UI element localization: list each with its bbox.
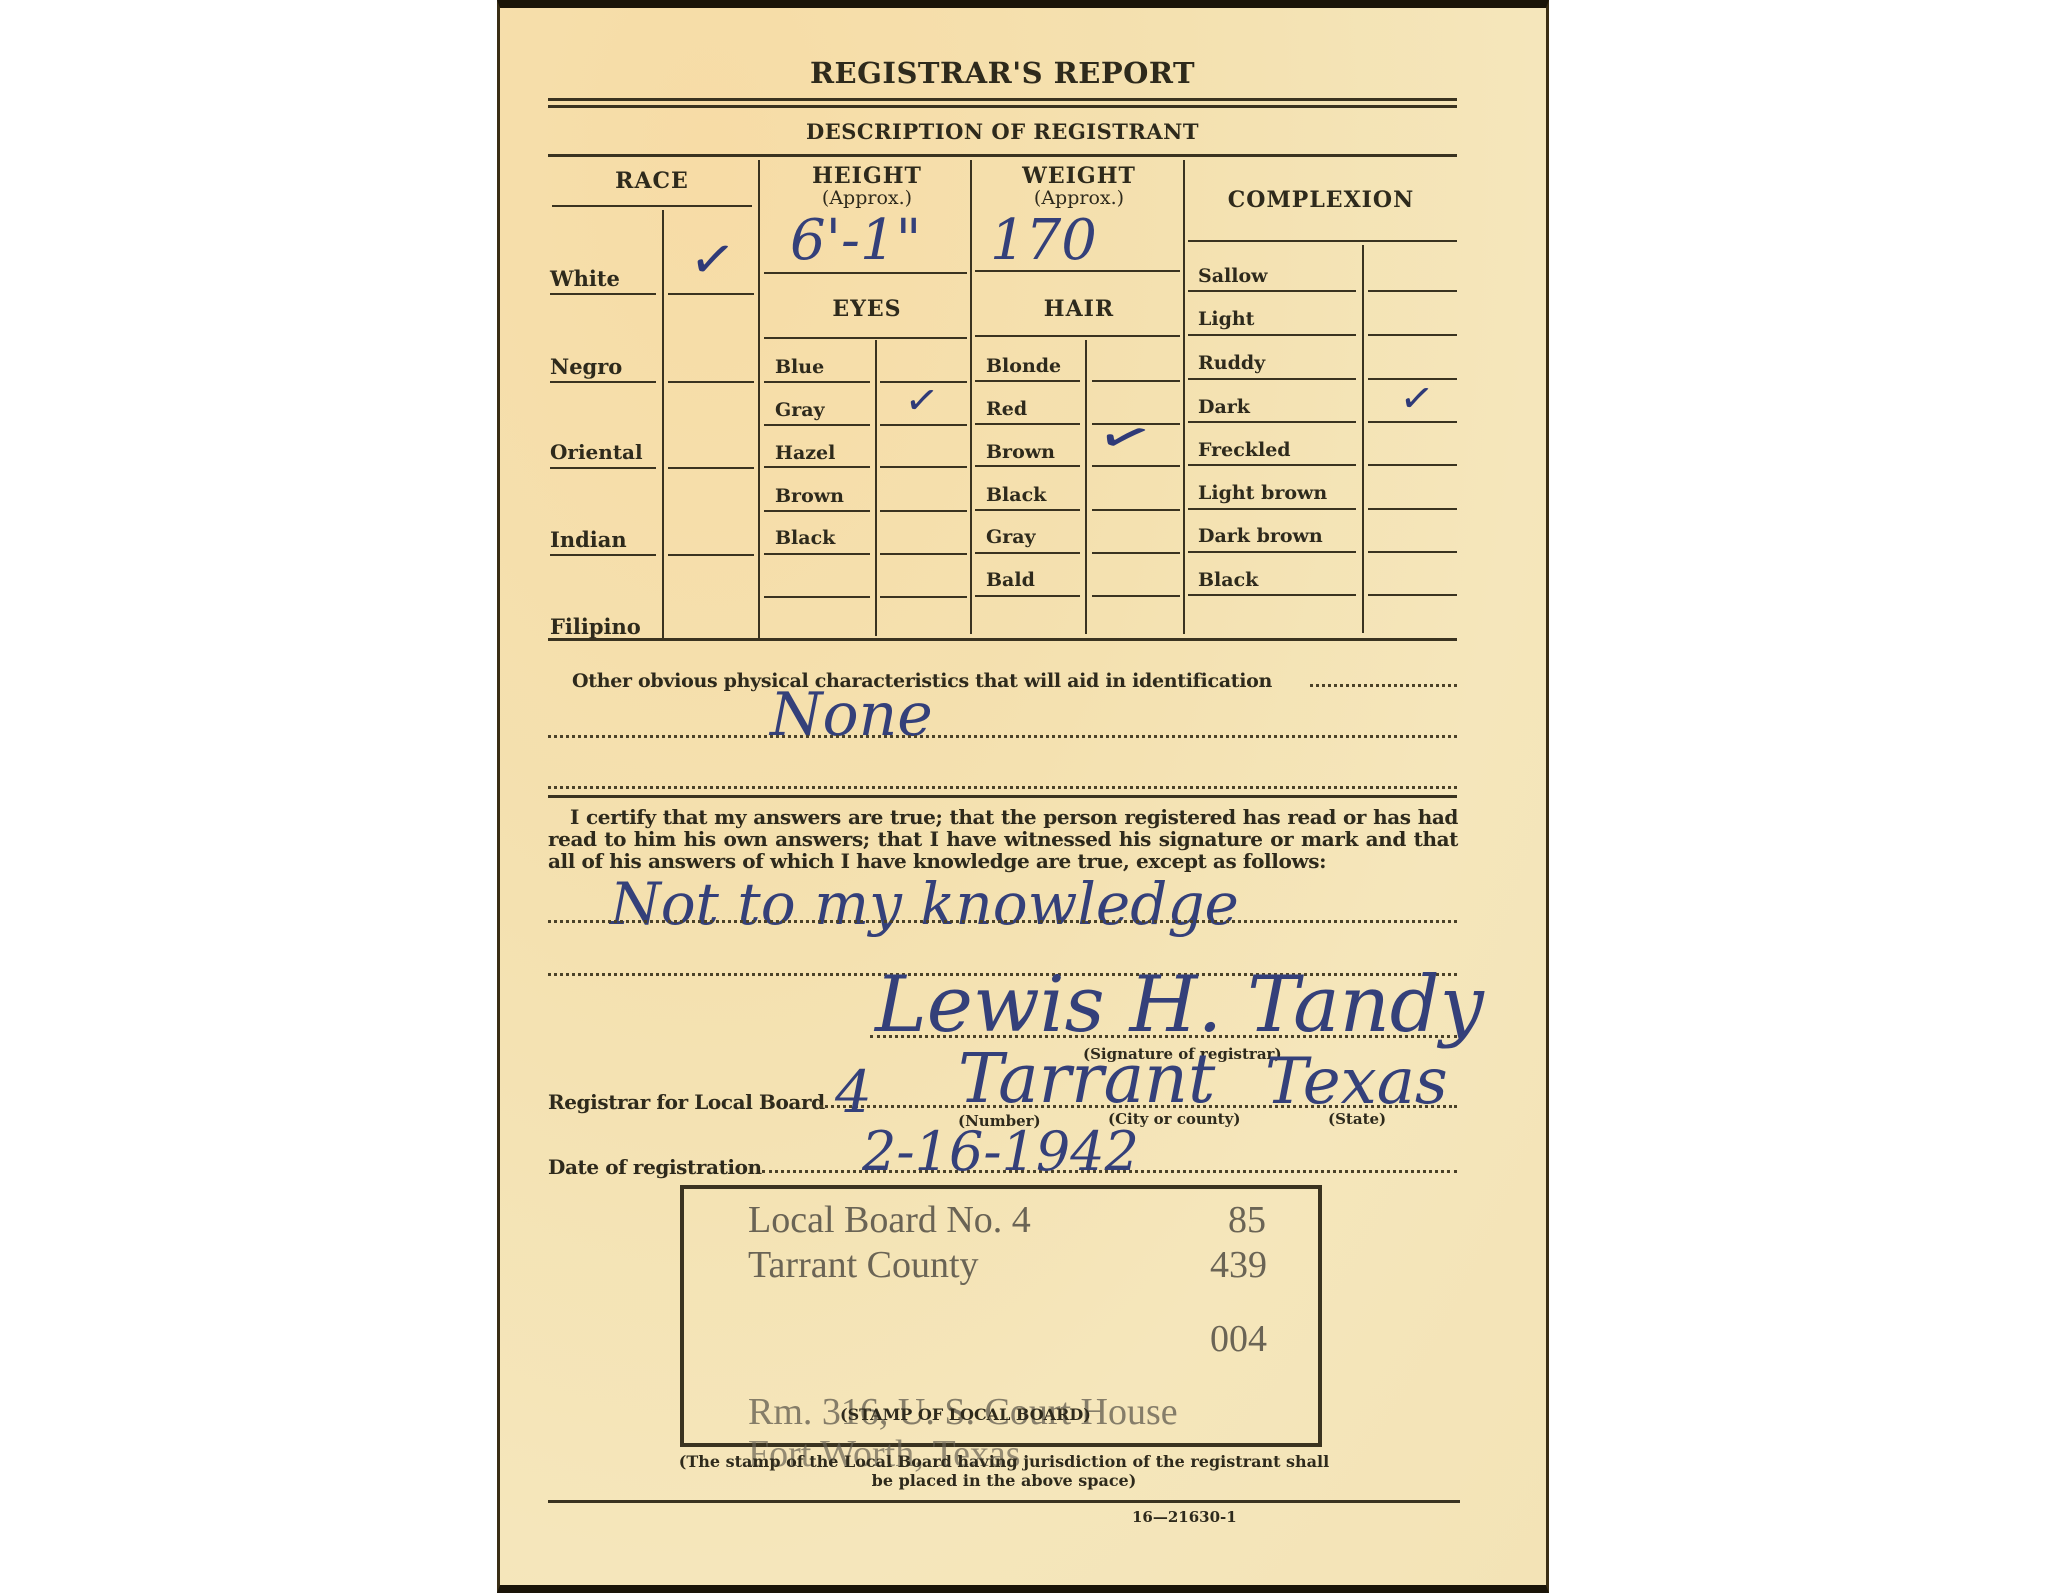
hair-header-rule bbox=[975, 335, 1180, 337]
height-label: HEIGHT bbox=[812, 163, 922, 189]
other-characteristics-value[interactable]: None bbox=[770, 680, 933, 750]
complexion-option-dark-brown[interactable]: Dark brown bbox=[1198, 525, 1323, 547]
eyes-check-rule-black bbox=[880, 553, 967, 555]
complexion-check-rule-dark-brown bbox=[1368, 551, 1457, 553]
race-check-rule-oriental bbox=[668, 467, 754, 469]
hair-option-gray[interactable]: Gray bbox=[986, 526, 1036, 548]
race-white-checkmark-icon: ✓ bbox=[686, 225, 740, 294]
other-characteristics-dotline-3 bbox=[548, 786, 1457, 789]
race-option-filipino[interactable]: Filipino bbox=[550, 614, 641, 639]
hair-check-rule-bald bbox=[1092, 595, 1180, 597]
weight-header: WEIGHT (Approx.) bbox=[974, 163, 1184, 207]
hair-header: HAIR bbox=[974, 296, 1184, 322]
eyes-check-rule-hazel bbox=[880, 466, 967, 468]
stamp-number-2: 439 bbox=[1210, 1243, 1267, 1287]
divider-complexion-check bbox=[1362, 245, 1364, 633]
table-top-rule bbox=[548, 154, 1457, 157]
other-characteristics-dotline-2 bbox=[548, 735, 1457, 738]
stamp-box-caption: (STAMP OF LOCAL BOARD) bbox=[840, 1405, 1091, 1424]
certification-top-rule bbox=[548, 795, 1457, 798]
hair-check-rule-blonde bbox=[1092, 380, 1180, 382]
eyes-header: EYES bbox=[762, 296, 972, 322]
race-rule-negro bbox=[550, 381, 656, 383]
title-rule-bottom bbox=[548, 105, 1457, 108]
complexion-rule-ruddy bbox=[1188, 378, 1356, 380]
height-header: HEIGHT (Approx.) bbox=[762, 163, 972, 207]
complexion-header: COMPLEXION bbox=[1186, 187, 1456, 213]
local-board-label: Registrar for Local Board bbox=[548, 1090, 825, 1114]
race-rule-oriental bbox=[550, 467, 656, 469]
divider-race-check bbox=[662, 210, 664, 638]
height-value: 6'-1" bbox=[790, 208, 921, 273]
race-option-white[interactable]: White bbox=[550, 266, 620, 291]
divider-eyes-check bbox=[875, 340, 877, 636]
race-header: RACE bbox=[552, 168, 752, 194]
complexion-option-light-brown[interactable]: Light brown bbox=[1198, 482, 1327, 504]
complexion-rule-sallow bbox=[1188, 290, 1356, 292]
eyes-option-gray[interactable]: Gray bbox=[775, 399, 825, 421]
complexion-option-freckled[interactable]: Freckled bbox=[1198, 439, 1291, 461]
stamp-line-county: Tarrant County bbox=[748, 1243, 979, 1287]
race-rule-indian bbox=[550, 554, 656, 556]
hair-option-blonde[interactable]: Blonde bbox=[986, 355, 1061, 377]
hair-rule-blonde bbox=[975, 380, 1080, 382]
stamp-number-3: 004 bbox=[1210, 1317, 1267, 1361]
stamp-number-1: 85 bbox=[1228, 1198, 1266, 1242]
race-option-oriental[interactable]: Oriental bbox=[550, 440, 643, 464]
weight-approx: (Approx.) bbox=[974, 189, 1184, 207]
complexion-rule-dark bbox=[1188, 421, 1356, 423]
exceptions-dotline-1 bbox=[548, 920, 1457, 923]
divider-race-height bbox=[758, 160, 760, 638]
complexion-rule-light-brown bbox=[1188, 508, 1356, 510]
divider-height-weight bbox=[970, 160, 972, 634]
weight-label: WEIGHT bbox=[1022, 163, 1136, 189]
complexion-check-rule-black bbox=[1368, 594, 1457, 596]
local-board-number[interactable]: 4 bbox=[835, 1058, 872, 1126]
form-title: REGISTRAR'S REPORT bbox=[548, 56, 1457, 90]
eyes-rule-brown bbox=[764, 510, 870, 512]
weight-value: 170 bbox=[990, 208, 1097, 273]
race-check-rule-white bbox=[668, 293, 754, 295]
eyes-option-blue[interactable]: Blue bbox=[775, 356, 824, 378]
complexion-rule-dark-brown bbox=[1188, 551, 1356, 553]
eyes-check-rule-blank bbox=[880, 596, 967, 598]
race-option-indian[interactable]: Indian bbox=[550, 527, 627, 552]
complexion-rule-black bbox=[1188, 594, 1356, 596]
hair-rule-black bbox=[975, 509, 1080, 511]
height-approx: (Approx.) bbox=[762, 189, 972, 207]
race-check-rule-indian bbox=[668, 554, 754, 556]
certification-exceptions[interactable]: Not to my knowledge bbox=[610, 870, 1239, 938]
complexion-check-rule-sallow bbox=[1368, 290, 1457, 292]
eyes-rule-hazel bbox=[764, 466, 870, 468]
complexion-rule-freckled bbox=[1188, 464, 1356, 466]
table-bottom-rule bbox=[548, 638, 1457, 641]
eyes-rule-black bbox=[764, 553, 870, 555]
hair-option-brown[interactable]: Brown bbox=[986, 441, 1055, 463]
hair-rule-gray bbox=[975, 552, 1080, 554]
divider-hair-check bbox=[1085, 340, 1087, 634]
registration-date-value[interactable]: 2-16-1942 bbox=[862, 1120, 1139, 1183]
eyes-option-brown[interactable]: Brown bbox=[775, 485, 844, 507]
complexion-option-sallow[interactable]: Sallow bbox=[1198, 265, 1268, 287]
hair-check-rule-gray bbox=[1092, 552, 1180, 554]
complexion-rule-light bbox=[1188, 334, 1356, 336]
complexion-check-rule-freckled bbox=[1368, 464, 1457, 466]
hair-check-rule-black bbox=[1092, 509, 1180, 511]
hair-option-bald[interactable]: Bald bbox=[986, 569, 1035, 591]
divider-weight-complexion bbox=[1183, 160, 1185, 634]
race-header-rule bbox=[552, 205, 752, 207]
race-check-rule-negro bbox=[668, 381, 754, 383]
complexion-option-ruddy[interactable]: Ruddy bbox=[1198, 352, 1265, 374]
eyes-check-rule-brown bbox=[880, 510, 967, 512]
race-rule-white bbox=[550, 293, 656, 295]
complexion-option-light[interactable]: Light bbox=[1198, 308, 1254, 330]
stamp-instructions: (The stamp of the Local Board having jur… bbox=[670, 1452, 1338, 1490]
complexion-check-rule-light bbox=[1368, 334, 1457, 336]
complexion-check-rule-light-brown bbox=[1368, 508, 1457, 510]
complexion-dark-checkmark-icon: ✓ bbox=[1397, 374, 1437, 424]
local-board-city[interactable]: Tarrant bbox=[958, 1040, 1215, 1119]
eyes-rule-blank bbox=[764, 596, 870, 598]
hair-rule-bald bbox=[975, 595, 1080, 597]
local-board-state[interactable]: Texas bbox=[1265, 1045, 1448, 1119]
eyes-option-hazel[interactable]: Hazel bbox=[775, 442, 835, 464]
eyes-rule-blue bbox=[764, 381, 870, 383]
form-number: 16—21630-1 bbox=[1132, 1508, 1237, 1526]
complexion-option-dark[interactable]: Dark bbox=[1198, 396, 1250, 418]
race-option-negro[interactable]: Negro bbox=[550, 354, 622, 379]
footer-rule bbox=[548, 1500, 1460, 1503]
eyes-gray-checkmark-icon: ✓ bbox=[902, 376, 942, 426]
title-rule-top bbox=[548, 98, 1457, 101]
hair-option-black[interactable]: Black bbox=[986, 484, 1046, 506]
hair-rule-brown bbox=[975, 465, 1080, 467]
registration-date-label: Date of registration bbox=[548, 1155, 762, 1179]
hair-rule-red bbox=[975, 423, 1080, 425]
signature-dotline bbox=[870, 1035, 1457, 1038]
caption-state: (State) bbox=[1328, 1110, 1386, 1128]
section-title: DESCRIPTION OF REGISTRANT bbox=[548, 119, 1457, 144]
eyes-rule-gray bbox=[764, 424, 870, 426]
certification-text: I certify that my answers are true; that… bbox=[548, 806, 1458, 872]
complexion-header-rule bbox=[1188, 240, 1457, 242]
other-characteristics-dotline-1 bbox=[1310, 684, 1457, 687]
eyes-header-rule bbox=[764, 337, 967, 339]
eyes-option-black[interactable]: Black bbox=[775, 527, 835, 549]
stamp-line-board: Local Board No. 4 bbox=[748, 1198, 1031, 1242]
hair-option-red[interactable]: Red bbox=[986, 398, 1027, 420]
complexion-option-black[interactable]: Black bbox=[1198, 569, 1258, 591]
